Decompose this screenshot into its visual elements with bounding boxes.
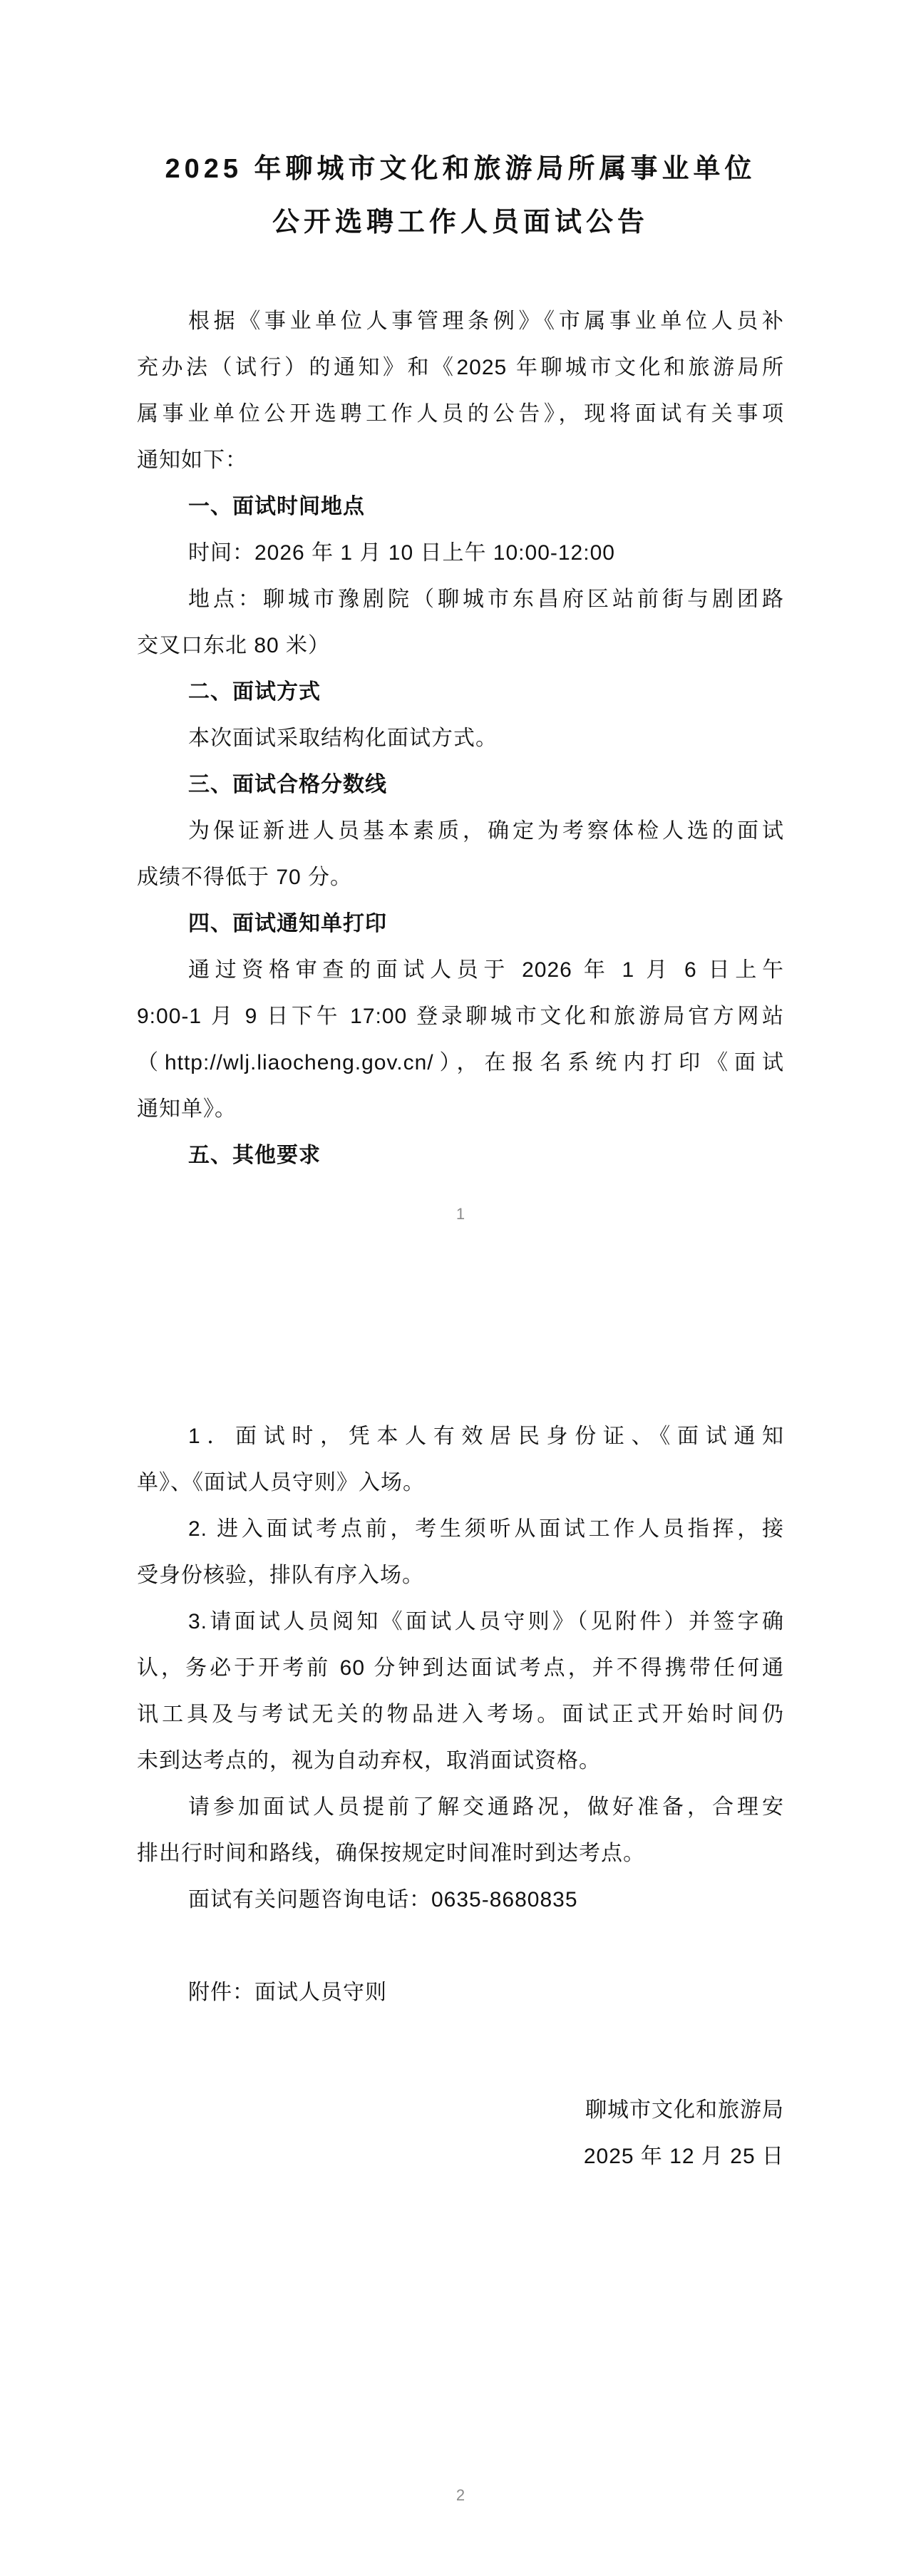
paragraph-line: 讯工具及与考试无关的物品进入考场。面试正式开始时间仍 (137, 1691, 784, 1738)
paragraph-line: 请参加面试人员提前了解交通路况，做好准备，合理安 (137, 1784, 784, 1830)
paragraph-line: 1．面试时，凭本人有效居民身份证、《面试通知 (137, 1413, 784, 1459)
intro-paragraph: 根据《事业单位人事管理条例》《市属事业单位人员补充办法（试行）的通知》和《202… (137, 298, 784, 483)
section-4-heading: 四、面试通知单打印 (137, 900, 784, 947)
announcement-document: 2025 年聊城市文化和旅游局所属事业单位 公开选聘工作人员面试公告 根据《事业… (0, 0, 911, 2576)
page-2-footer: 2 (137, 2474, 784, 2517)
requirement-1-paragraph: 1．面试时，凭本人有效居民身份证、《面试通知单》、《面试人员守则》入场。 (137, 1413, 784, 1506)
paragraph-line: 属事业单位公开选聘工作人员的公告》，现将面试有关事项 (137, 391, 784, 437)
blank-line (137, 1923, 784, 1969)
page-2-number: 2 (456, 2486, 465, 2504)
paragraph-line: 通知如下： (137, 437, 784, 483)
paragraph-line: 附件：面试人员守则 (137, 1969, 784, 2016)
paragraph-line: 受身份核验，排队有序入场。 (137, 1552, 784, 1599)
interview-place-paragraph: 地点：聊城市豫剧院（聊城市东昌府区站前街与剧团路交叉口东北 80 米） (137, 576, 784, 669)
paragraph-line: 交叉口东北 80 米） (137, 622, 784, 669)
paragraph-line: 排出行时间和路线，确保按规定时间准时到达考点。 (137, 1830, 784, 1877)
phone-paragraph: 面试有关问题咨询电话：0635-8680835 (137, 1877, 784, 1923)
attachment-paragraph: 附件：面试人员守则 (137, 1969, 784, 2016)
paragraph-line: 通知单》。 (137, 1086, 784, 1132)
section-2-heading: 二、面试方式 (137, 669, 784, 715)
page-1-number: 1 (456, 1205, 465, 1223)
paragraph-line: 单》、《面试人员守则》入场。 (137, 1459, 784, 1506)
paragraph-line: 3.请面试人员阅知《面试人员守则》（见附件）并签字确 (137, 1599, 784, 1645)
signature-date-line: 2025 年 12 月 25 日 (137, 2133, 784, 2180)
paragraph-line: 时间：2026 年 1 月 10 日上午 10:00-12:00 (137, 530, 784, 576)
signature-org-line: 聊城市文化和旅游局 (137, 2087, 784, 2133)
requirement-2-paragraph: 2. 进入面试考点前，考生须听从面试工作人员指挥，接受身份核验，排队有序入场。 (137, 1506, 784, 1599)
paragraph-line: 未到达考点的，视为自动弃权，取消面试资格。 (137, 1738, 784, 1784)
requirement-3-paragraph: 3.请面试人员阅知《面试人员守则》（见附件）并签字确认，务必于开考前 60 分钟… (137, 1599, 784, 1784)
paragraph-line: 通过资格审查的面试人员于 2026 年 1 月 6 日上午 (137, 947, 784, 993)
page-2-body: 1．面试时，凭本人有效居民身份证、《面试通知单》、《面试人员守则》入场。2. 进… (137, 1413, 784, 2180)
traffic-advice-paragraph: 请参加面试人员提前了解交通路况，做好准备，合理安排出行时间和路线，确保按规定时间… (137, 1784, 784, 1877)
paragraph-line: 认，务必于开考前 60 分钟到达面试考点，并不得携带任何通 (137, 1645, 784, 1691)
document-title-line-2: 公开选聘工作人员面试公告 (137, 196, 784, 250)
interview-method-paragraph: 本次面试采取结构化面试方式。 (137, 715, 784, 761)
paragraph-line: 面试有关问题咨询电话：0635-8680835 (137, 1877, 784, 1923)
paragraph-line: 2. 进入面试考点前，考生须听从面试工作人员指挥，接 (137, 1506, 784, 1552)
paragraph-line: 根据《事业单位人事管理条例》《市属事业单位人员补 (137, 298, 784, 344)
page-1-footer: 1 (137, 1193, 784, 1236)
paragraph-line: （http://wlj.liaocheng.gov.cn/），在报名系统内打印《… (137, 1040, 784, 1086)
paragraph-line: 本次面试采取结构化面试方式。 (137, 715, 784, 761)
interview-time-paragraph: 时间：2026 年 1 月 10 日上午 10:00-12:00 (137, 530, 784, 576)
paragraph-line: 9:00-1 月 9 日下午 17:00 登录聊城市文化和旅游局官方网站 (137, 993, 784, 1040)
paragraph-line: 充办法（试行）的通知》和《2025 年聊城市文化和旅游局所 (137, 344, 784, 391)
document-title-line-1: 2025 年聊城市文化和旅游局所属事业单位 (137, 143, 784, 196)
section-5-heading: 五、其他要求 (137, 1132, 784, 1179)
announcement-page: { "doc": { "title": [ "2025 年聊城市文化和旅游局所属… (0, 0, 911, 2576)
document-content: 2025 年聊城市文化和旅游局所属事业单位 公开选聘工作人员面试公告 根据《事业… (0, 143, 911, 2517)
section-1-heading: 一、面试时间地点 (137, 483, 784, 530)
notice-print-paragraph: 通过资格审查的面试人员于 2026 年 1 月 6 日上午9:00-1 月 9 … (137, 947, 784, 1132)
document-title: 2025 年聊城市文化和旅游局所属事业单位 公开选聘工作人员面试公告 (137, 143, 784, 250)
paragraph-line: 为保证新进人员基本素质，确定为考察体检人选的面试 (137, 808, 784, 854)
paragraph-line: 地点：聊城市豫剧院（聊城市东昌府区站前街与剧团路 (137, 576, 784, 622)
passing-score-paragraph: 为保证新进人员基本素质，确定为考察体检人选的面试成绩不得低于 70 分。 (137, 808, 784, 900)
page-1-body: 根据《事业单位人事管理条例》《市属事业单位人员补充办法（试行）的通知》和《202… (137, 298, 784, 1179)
signature-block: 聊城市文化和旅游局2025 年 12 月 25 日 (137, 2087, 784, 2180)
section-3-heading: 三、面试合格分数线 (137, 761, 784, 808)
paragraph-line: 成绩不得低于 70 分。 (137, 854, 784, 900)
